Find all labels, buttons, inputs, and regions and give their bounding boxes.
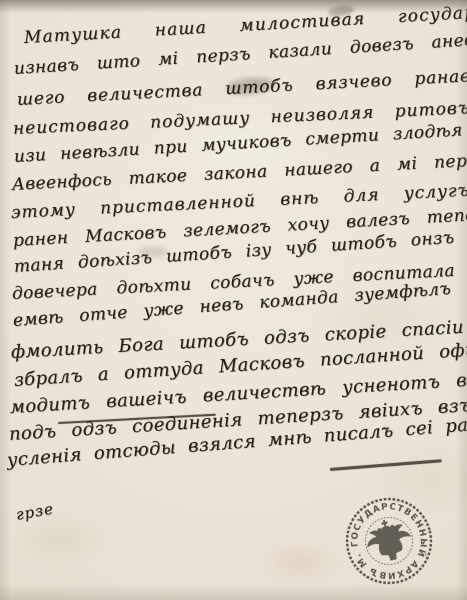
manuscript-page: Матушка наша милостивая государыня изнав… (0, 0, 467, 600)
archive-stamp: ГОСУДАРСТВЕННЫЙ АРХИВЪ М.И.Д. (336, 488, 443, 595)
double-headed-eagle-icon (362, 515, 416, 566)
signature-word: грзе (15, 501, 55, 522)
ink-underline (330, 459, 442, 471)
